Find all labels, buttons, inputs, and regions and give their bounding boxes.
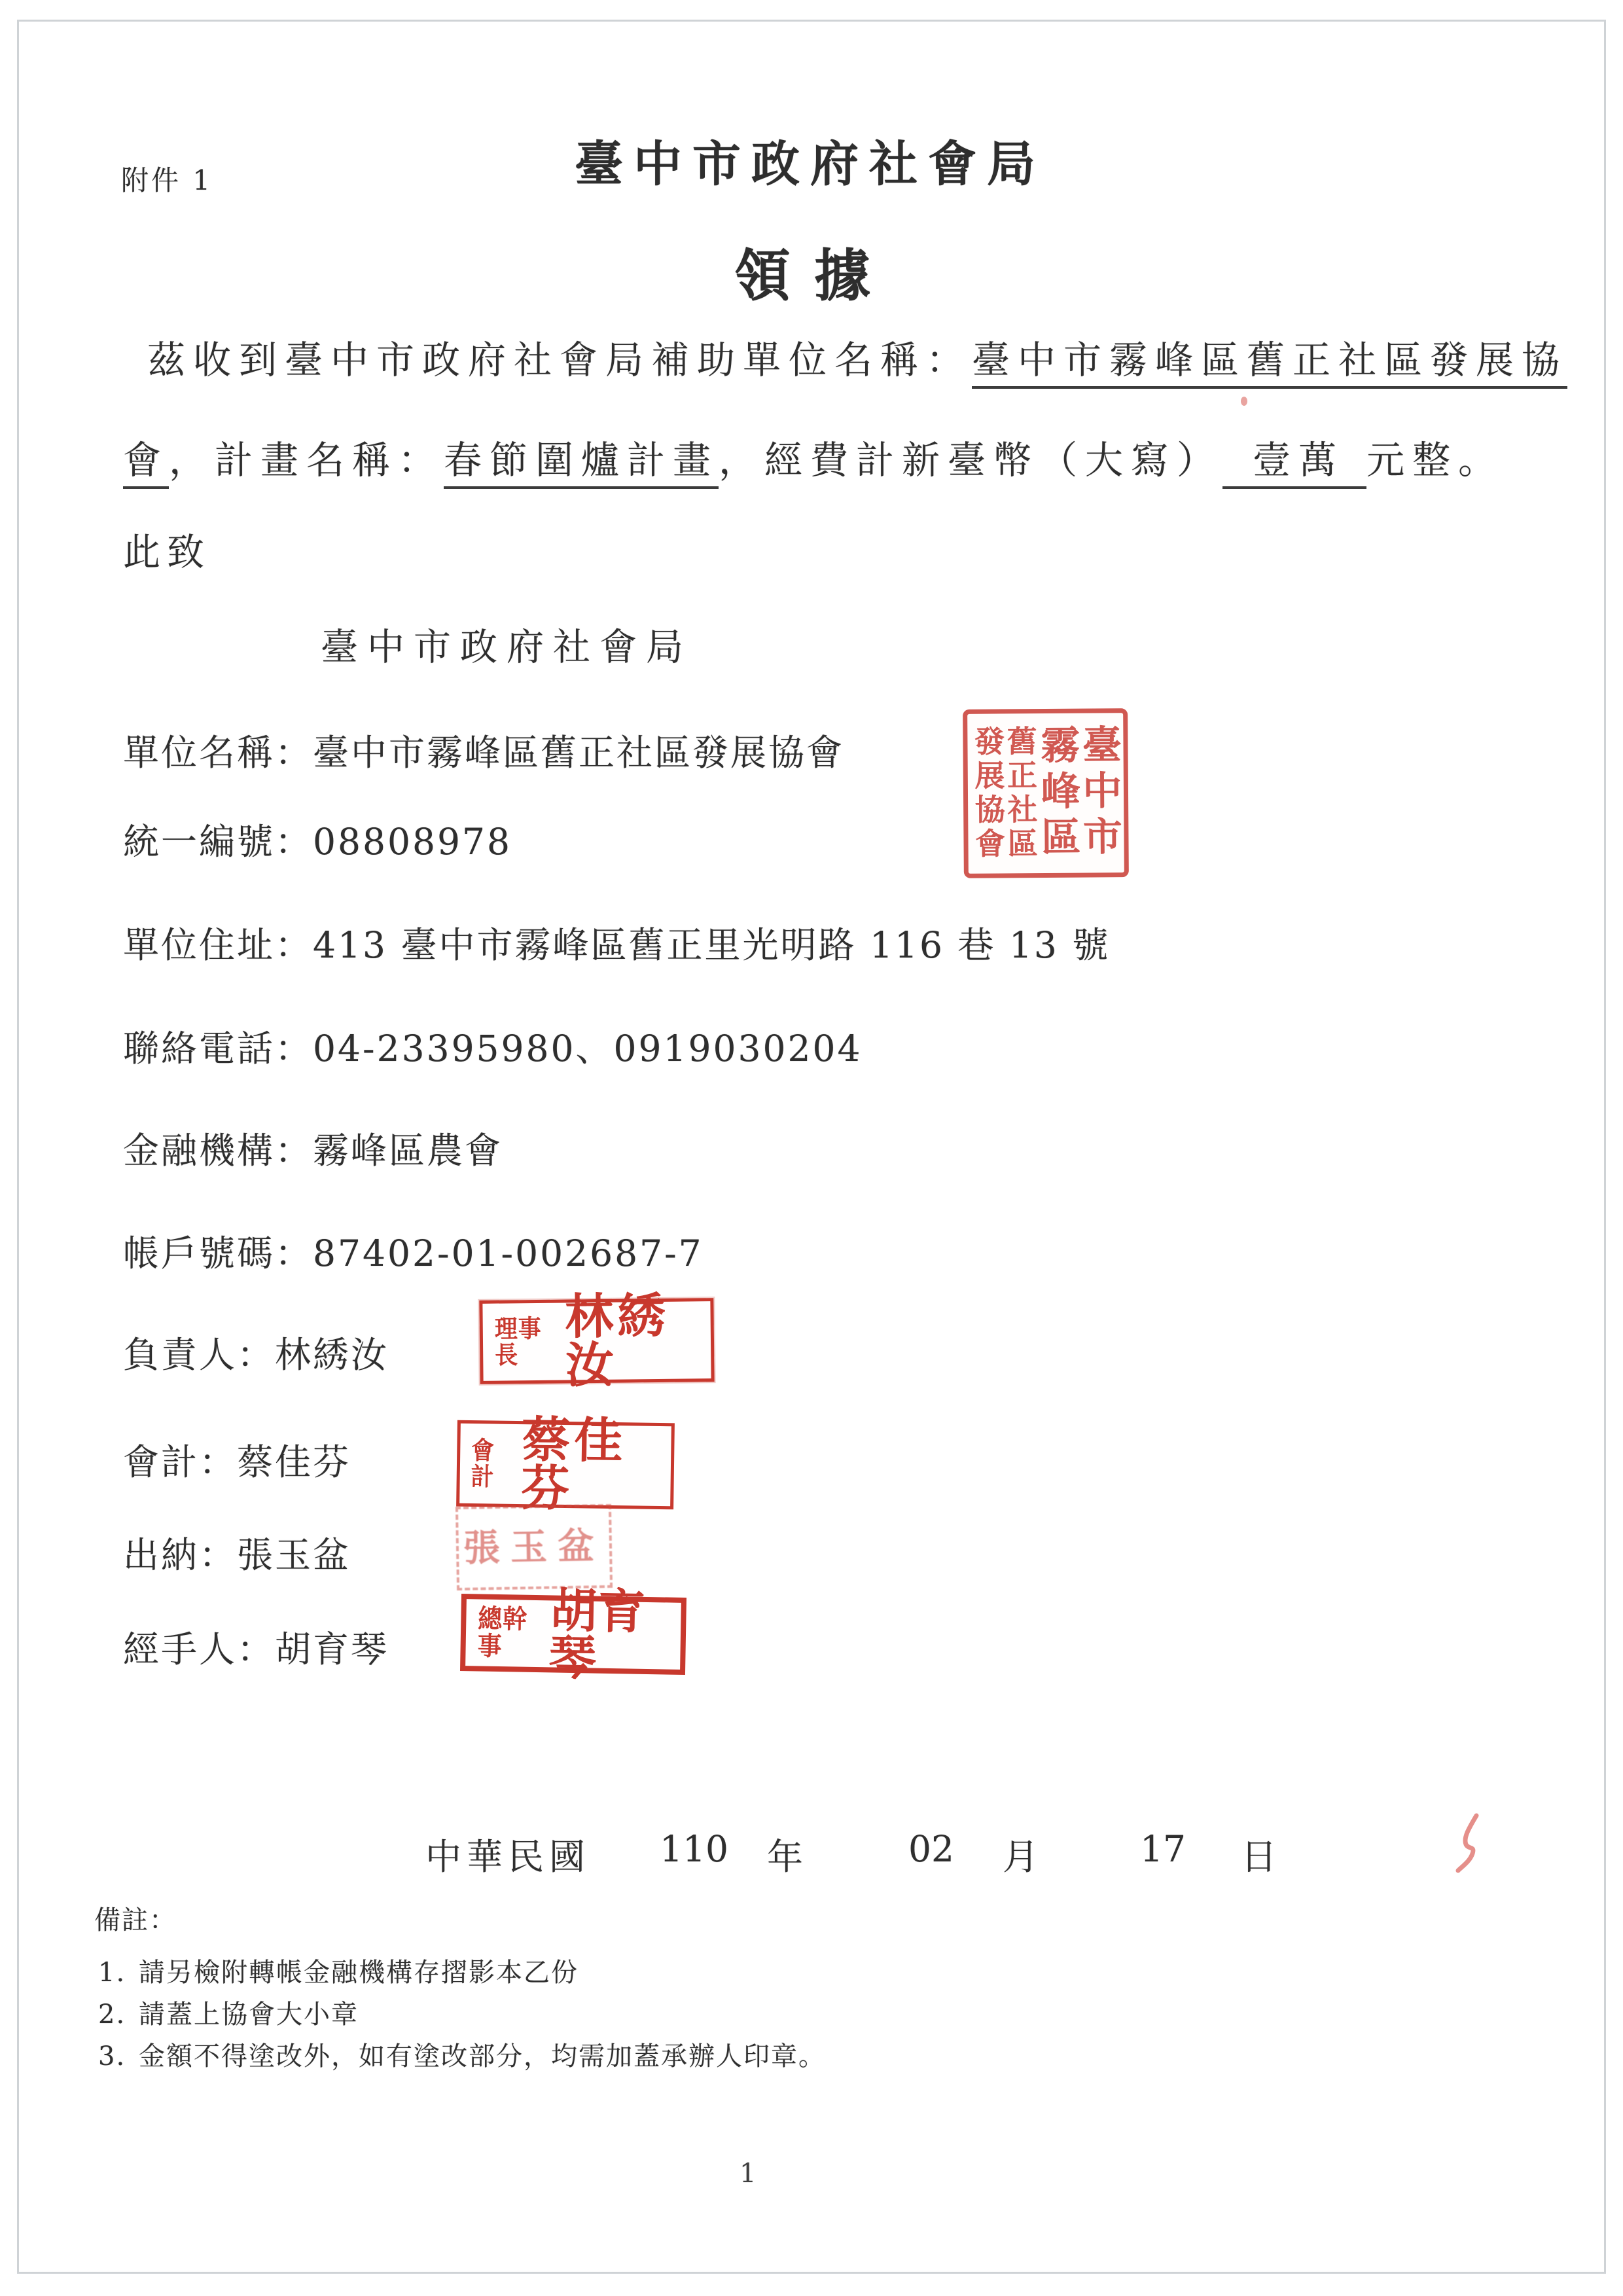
date-year: 110 <box>660 1828 728 1870</box>
body-line2-mid2: ，經費計新臺幣（大寫） <box>719 438 1222 482</box>
document-title: 領據 <box>734 230 894 312</box>
note-3-number: 3. <box>98 2041 139 2072</box>
seal-column-3: 舊正社區 <box>1005 725 1035 861</box>
grantee-name-underlined-cont: 會 <box>123 438 169 489</box>
accountant-name-stamp: 會計 蔡佳芬 <box>456 1420 675 1510</box>
field-bank-label: 金融機構： <box>123 1130 313 1172</box>
field-bank-value: 霧峰區農會 <box>313 1130 503 1172</box>
note-2-number: 2. <box>98 2000 139 2030</box>
seal-column-4: 發展協會 <box>972 725 1003 861</box>
association-square-seal-stamp: 發展協會 舊正社區 霧峰區 臺中市 <box>963 708 1129 878</box>
handler-stamp-name: 胡育琴 <box>548 1587 672 1683</box>
date-month-unit: 月 <box>1003 1828 1039 1880</box>
receipt-document-page: 附件 1 臺中市政府社會局 領據 茲收到臺中市政府社會局補助單位名稱：臺中市霧峰… <box>0 0 1623 2296</box>
seal-column-2: 霧峰區 <box>1037 725 1077 862</box>
chairman-stamp-name: 林綉汝 <box>565 1291 702 1390</box>
seal-column-1: 臺中市 <box>1079 724 1119 861</box>
field-responsible-person-label: 負責人： <box>123 1334 275 1376</box>
attachment-label: 附件 1 <box>121 159 213 198</box>
body-paragraph-line-2: 會，計畫名稱：春節圍爐計畫，經費計新臺幣（大寫）壹萬元整。 <box>123 429 1504 484</box>
field-phone-label: 聯絡電話： <box>123 1028 313 1069</box>
note-2-text: 請蓋上協會大小章 <box>139 2000 359 2030</box>
field-tax-id-label: 統一編號： <box>123 821 313 863</box>
date-era: 中華民國 <box>425 1828 590 1880</box>
date-day-unit: 日 <box>1241 1828 1277 1880</box>
field-address-value: 413 臺中市霧峰區舊正里光明路 116 巷 13 號 <box>313 924 1110 966</box>
field-responsible-person: 負責人：林綉汝 <box>123 1326 389 1378</box>
note-item-3: 3.金額不得塗改外，如有塗改部分，均需加蓋承辦人印章。 <box>98 2036 826 2073</box>
field-unit-name-label: 單位名稱： <box>123 732 313 774</box>
field-phone: 聯絡電話：04-23395980、0919030204 <box>123 1020 862 1071</box>
chairman-name-stamp: 理事長 林綉汝 <box>479 1298 714 1384</box>
field-phone-value: 04-23395980、0919030204 <box>313 1028 862 1069</box>
note-item-2: 2.請蓋上協會大小章 <box>98 1994 359 2031</box>
addressee-bureau: 臺中市政府社會局 <box>321 617 692 671</box>
field-address: 單位住址：413 臺中市霧峰區舊正里光明路 116 巷 13 號 <box>123 916 1110 968</box>
field-tax-id: 統一編號：08808978 <box>123 813 512 865</box>
body-line1-prefix: 茲收到臺中市政府社會局補助單位名稱： <box>147 338 972 382</box>
field-handler-label: 經手人： <box>123 1628 275 1670</box>
chairman-stamp-title: 理事長 <box>495 1316 556 1369</box>
handler-name-stamp: 總幹事 胡育琴 <box>460 1594 687 1675</box>
note-1-text: 請另檢附轉帳金融機構存摺影本乙份 <box>139 1958 579 1988</box>
body-paragraph-line-1: 茲收到臺中市政府社會局補助單位名稱：臺中市霧峰區舊正社區發展協 <box>147 329 1567 384</box>
body-line2-suffix: 元整。 <box>1366 438 1504 482</box>
date-day: 17 <box>1140 1828 1186 1870</box>
roc-date-line: 中華民國 110 年 02 月 17 日 <box>425 1828 1342 1874</box>
amount-in-words-underlined: 壹萬 <box>1222 438 1366 489</box>
date-year-unit: 年 <box>767 1828 803 1880</box>
red-ink-dot-artifact <box>1241 397 1247 406</box>
notes-heading: 備註： <box>94 1899 177 1937</box>
cashier-stamp-name: 張玉盆 <box>463 1528 605 1567</box>
plan-name-underlined: 春節圍爐計畫 <box>444 438 719 489</box>
field-handler: 經手人：胡育琴 <box>123 1621 389 1672</box>
salutation: 此致 <box>123 522 211 576</box>
field-account-number-label: 帳戶號碼： <box>123 1232 313 1274</box>
field-handler-value: 胡育琴 <box>275 1628 389 1670</box>
bureau-title: 臺中市政府社會局 <box>575 126 1046 195</box>
field-unit-name-value: 臺中市霧峰區舊正社區發展協會 <box>313 732 844 774</box>
note-1-number: 1. <box>98 1958 139 1988</box>
accountant-stamp-title: 會計 <box>471 1437 513 1490</box>
field-tax-id-value: 08808978 <box>313 821 512 863</box>
field-unit-name: 單位名稱：臺中市霧峰區舊正社區發展協會 <box>123 724 844 776</box>
date-month: 02 <box>908 1828 954 1870</box>
grantee-name-underlined: 臺中市霧峰區舊正社區發展協 <box>972 338 1567 389</box>
page-number: 1 <box>740 2159 756 2189</box>
field-cashier: 出納：張玉盆 <box>123 1526 351 1578</box>
field-accountant: 會計：蔡佳芬 <box>123 1433 351 1485</box>
field-accountant-value: 蔡佳芬 <box>237 1441 351 1483</box>
accountant-stamp-name: 蔡佳芬 <box>521 1416 662 1515</box>
field-responsible-person-value: 林綉汝 <box>275 1334 389 1376</box>
note-3-text: 金額不得塗改外，如有塗改部分，均需加蓋承辦人印章。 <box>139 2041 826 2072</box>
field-accountant-label: 會計： <box>123 1441 237 1483</box>
field-cashier-label: 出納： <box>123 1534 237 1576</box>
field-address-label: 單位住址： <box>123 924 313 966</box>
cashier-name-stamp-faded: 張玉盆 <box>455 1504 613 1590</box>
field-account-number-value: 87402-01-002687-7 <box>313 1232 704 1274</box>
field-cashier-value: 張玉盆 <box>237 1534 351 1576</box>
handler-stamp-title: 總幹事 <box>477 1605 541 1661</box>
red-pen-mark-artifact <box>1444 1812 1489 1874</box>
body-line2-mid1: ，計畫名稱： <box>169 438 444 482</box>
field-bank: 金融機構：霧峰區農會 <box>123 1122 503 1174</box>
field-account-number: 帳戶號碼：87402-01-002687-7 <box>123 1225 704 1276</box>
note-item-1: 1.請另檢附轉帳金融機構存摺影本乙份 <box>98 1952 579 1989</box>
